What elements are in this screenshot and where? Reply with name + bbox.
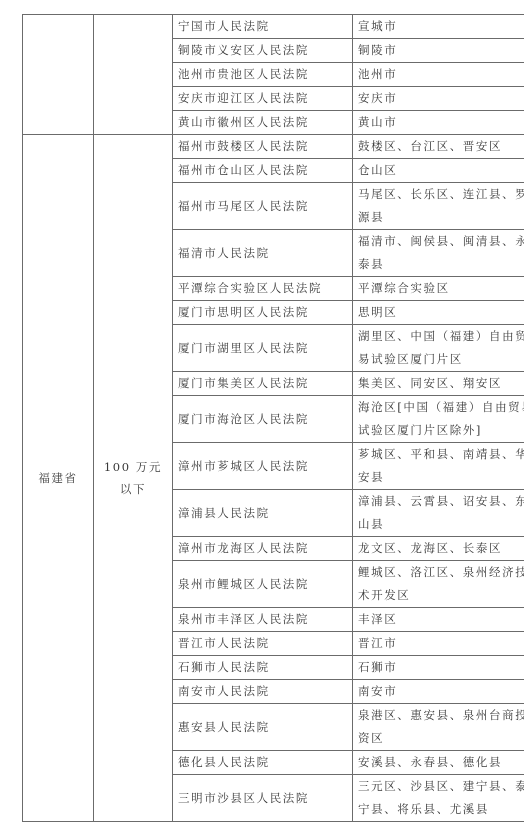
jurisdiction-cell: 三元区、沙县区、建宁县、泰宁县、将乐县、尤溪县 — [353, 775, 524, 822]
court-cell: 池州市贵池区人民法院 — [173, 63, 353, 87]
province-cell: 福建省 — [23, 135, 94, 822]
jurisdiction-cell: 宣城市 — [353, 15, 524, 39]
jurisdiction-cell: 晋江市 — [353, 632, 524, 656]
court-cell: 福清市人民法院 — [173, 230, 353, 277]
court-cell: 漳州市龙海区人民法院 — [173, 537, 353, 561]
amount-line-1: 100 万元 — [99, 456, 167, 478]
court-cell: 黄山市徽州区人民法院 — [173, 111, 353, 135]
amount-cell — [94, 15, 173, 135]
amount-line-2: 以下 — [99, 478, 167, 500]
jurisdiction-cell: 安庆市 — [353, 87, 524, 111]
court-cell: 南安市人民法院 — [173, 680, 353, 704]
court-cell: 铜陵市义安区人民法院 — [173, 39, 353, 63]
court-cell: 福州市仓山区人民法院 — [173, 159, 353, 183]
jurisdiction-cell: 马尾区、长乐区、连江县、罗源县 — [353, 183, 524, 230]
jurisdiction-cell: 思明区 — [353, 301, 524, 325]
table-row: 宁国市人民法院 宣城市 — [23, 15, 524, 39]
court-cell: 惠安县人民法院 — [173, 704, 353, 751]
jurisdiction-cell: 湖里区、中国（福建）自由贸易试验区厦门片区 — [353, 325, 524, 372]
jurisdiction-cell: 漳浦县、云霄县、诏安县、东山县 — [353, 490, 524, 537]
jurisdiction-table: 宁国市人民法院 宣城市 铜陵市义安区人民法院 铜陵市 池州市贵池区人民法院 池州… — [22, 14, 524, 822]
jurisdiction-cell: 平潭综合实验区 — [353, 277, 524, 301]
jurisdiction-cell: 仓山区 — [353, 159, 524, 183]
court-cell: 泉州市丰泽区人民法院 — [173, 608, 353, 632]
jurisdiction-cell: 龙文区、龙海区、长泰区 — [353, 537, 524, 561]
court-cell: 石狮市人民法院 — [173, 656, 353, 680]
jurisdiction-cell: 鲤城区、洛江区、泉州经济技术开发区 — [353, 561, 524, 608]
court-cell: 宁国市人民法院 — [173, 15, 353, 39]
court-cell: 三明市沙县区人民法院 — [173, 775, 353, 822]
court-cell: 平潭综合实验区人民法院 — [173, 277, 353, 301]
jurisdiction-cell: 福清市、闽侯县、闽清县、永泰县 — [353, 230, 524, 277]
court-cell: 晋江市人民法院 — [173, 632, 353, 656]
court-cell: 厦门市集美区人民法院 — [173, 372, 353, 396]
court-cell: 厦门市思明区人民法院 — [173, 301, 353, 325]
jurisdiction-cell: 南安市 — [353, 680, 524, 704]
court-cell: 厦门市海沧区人民法院 — [173, 396, 353, 443]
jurisdiction-cell: 石狮市 — [353, 656, 524, 680]
court-cell: 福州市鼓楼区人民法院 — [173, 135, 353, 159]
jurisdiction-cell: 池州市 — [353, 63, 524, 87]
amount-cell: 100 万元 以下 — [94, 135, 173, 822]
jurisdiction-cell: 泉港区、惠安县、泉州台商投资区 — [353, 704, 524, 751]
province-cell — [23, 15, 94, 135]
court-cell: 漳州市芗城区人民法院 — [173, 443, 353, 490]
jurisdiction-cell: 芗城区、平和县、南靖县、华安县 — [353, 443, 524, 490]
jurisdiction-cell: 铜陵市 — [353, 39, 524, 63]
court-cell: 安庆市迎江区人民法院 — [173, 87, 353, 111]
court-cell: 福州市马尾区人民法院 — [173, 183, 353, 230]
jurisdiction-cell: 鼓楼区、台江区、晋安区 — [353, 135, 524, 159]
jurisdiction-cell: 集美区、同安区、翔安区 — [353, 372, 524, 396]
court-cell: 厦门市湖里区人民法院 — [173, 325, 353, 372]
jurisdiction-cell: 安溪县、永春县、德化县 — [353, 751, 524, 775]
jurisdiction-cell: 黄山市 — [353, 111, 524, 135]
table-row: 福建省 100 万元 以下 福州市鼓楼区人民法院 鼓楼区、台江区、晋安区 — [23, 135, 524, 159]
court-cell: 漳浦县人民法院 — [173, 490, 353, 537]
court-cell: 泉州市鲤城区人民法院 — [173, 561, 353, 608]
jurisdiction-cell: 海沧区[中国（福建）自由贸易试验区厦门片区除外] — [353, 396, 524, 443]
jurisdiction-cell: 丰泽区 — [353, 608, 524, 632]
court-cell: 德化县人民法院 — [173, 751, 353, 775]
